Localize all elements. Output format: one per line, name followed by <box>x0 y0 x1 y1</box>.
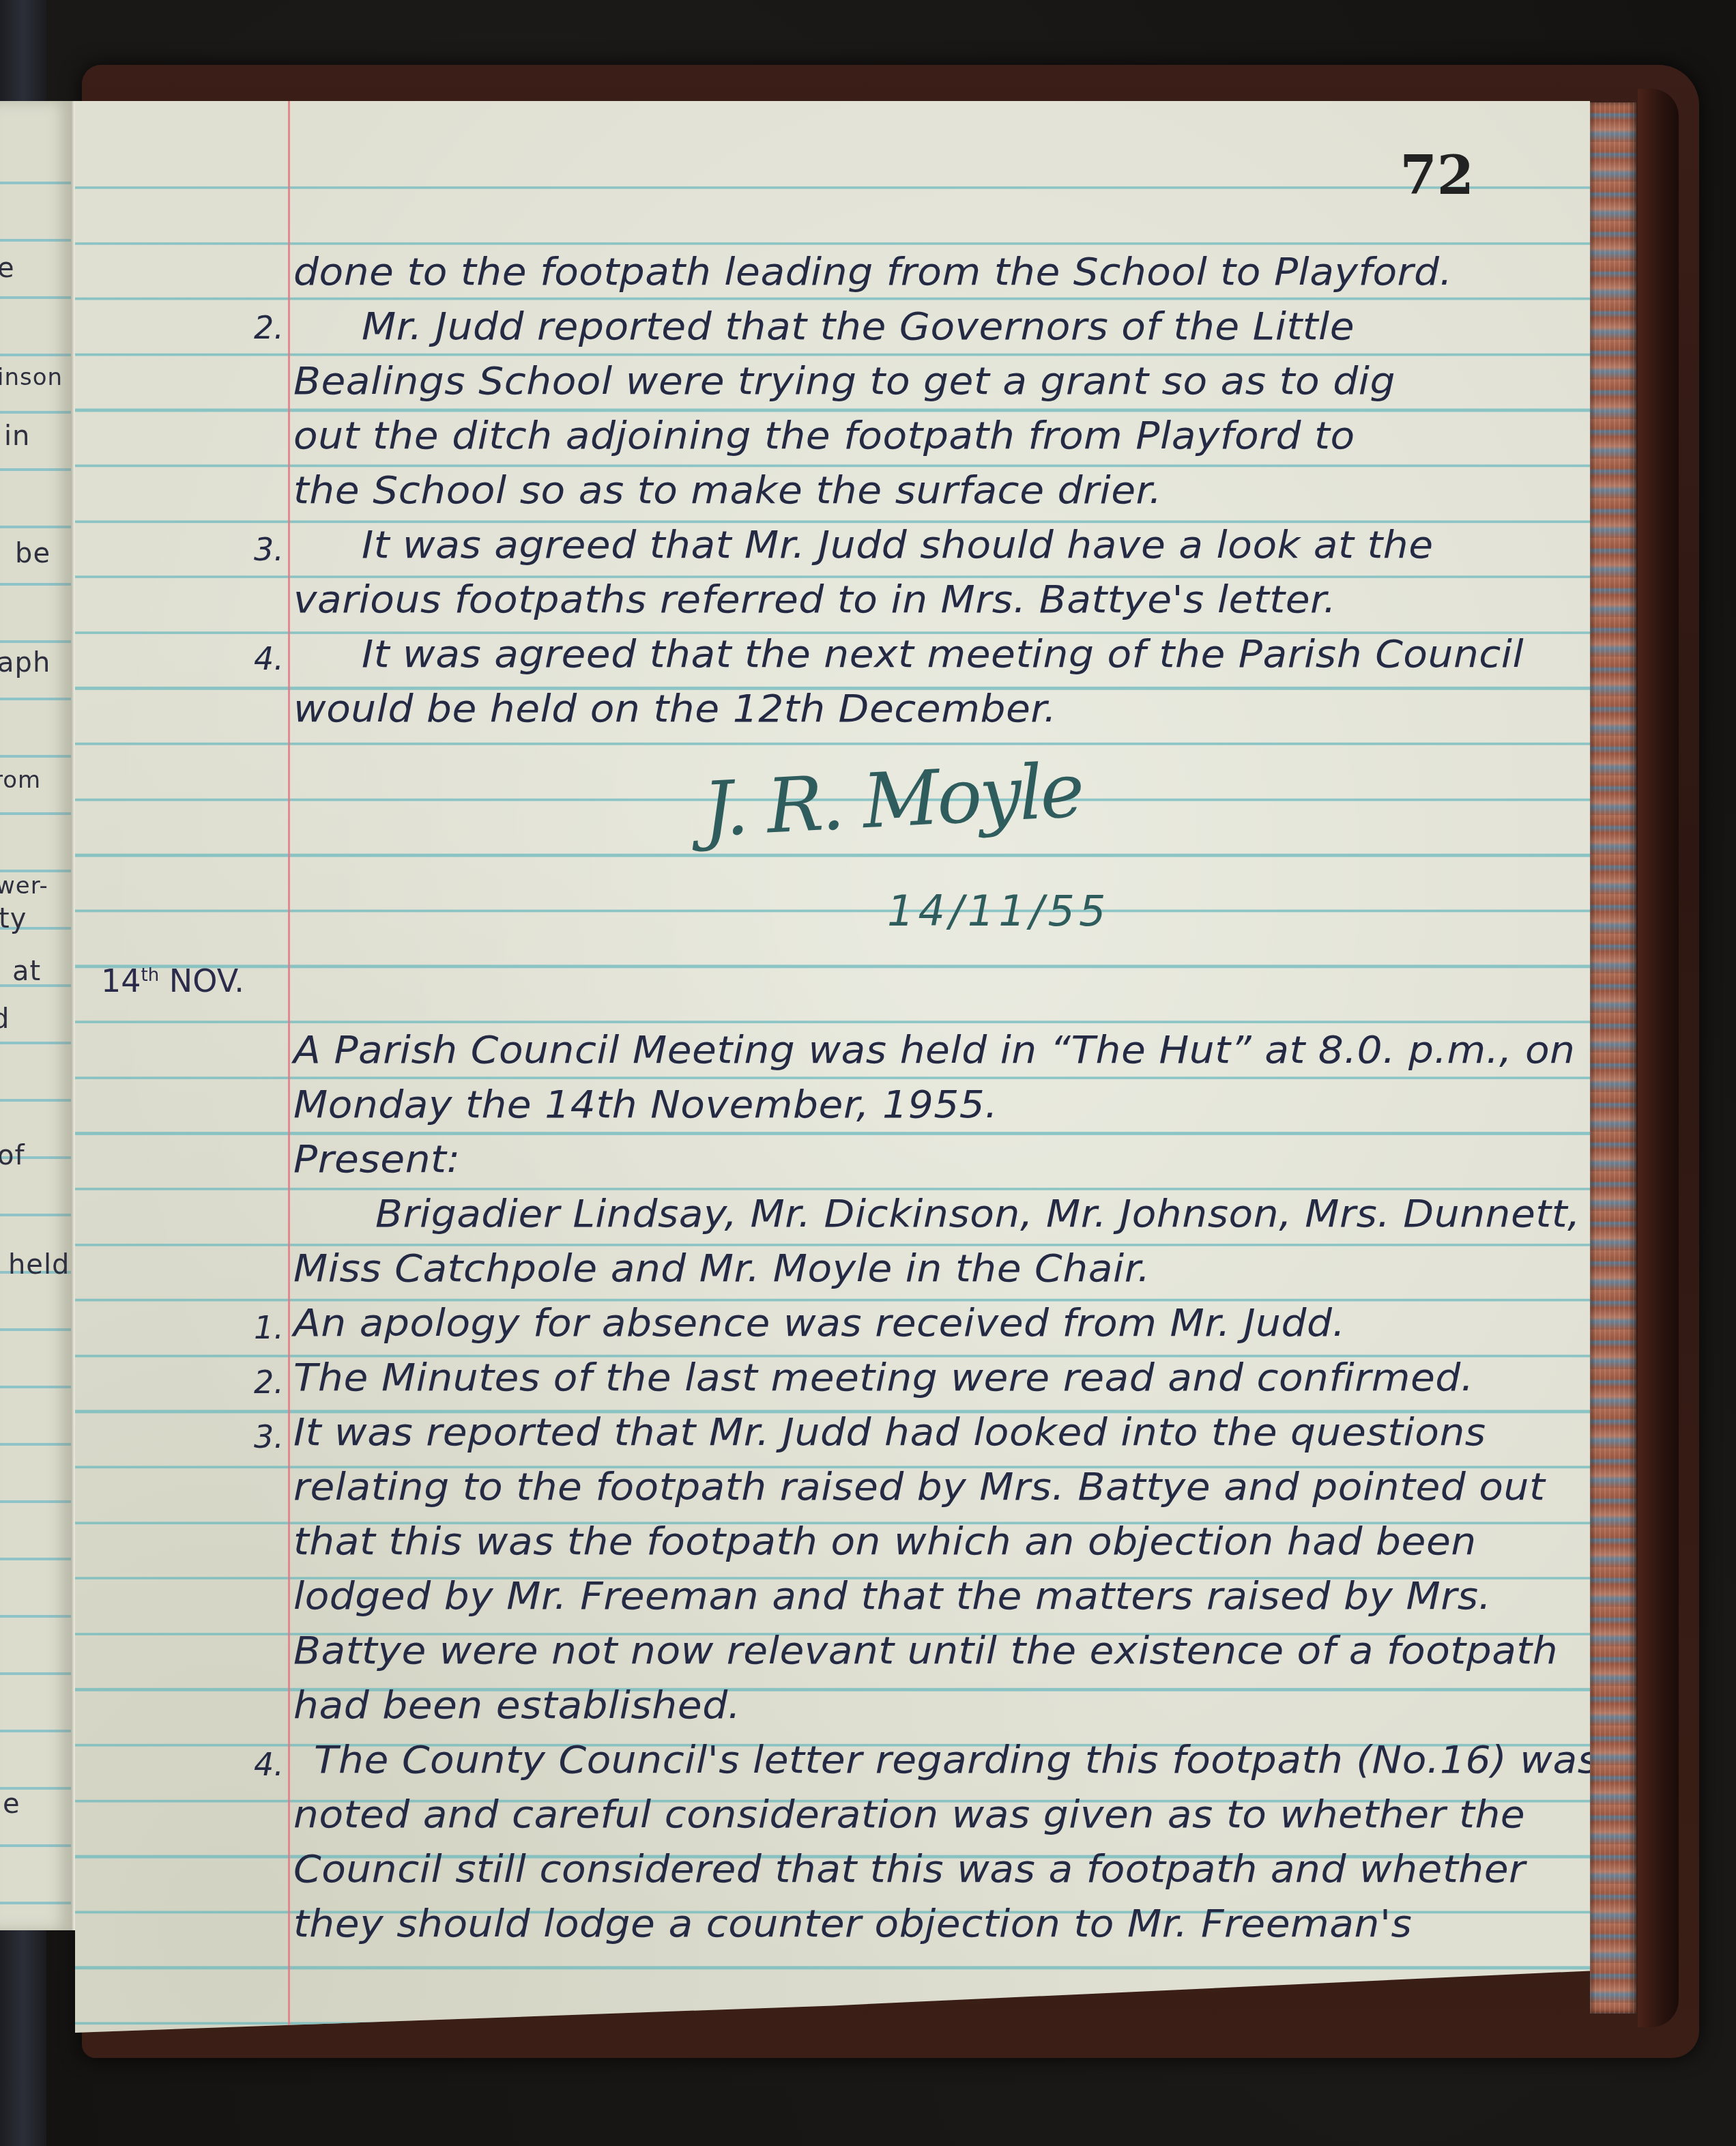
left-page: e inson in be aph rom wer- ty at d of he… <box>0 101 74 1930</box>
text-line: Mr. Judd reported that the Governors of … <box>362 304 1736 349</box>
text-line: they should lodge a counter objection to… <box>293 1902 1677 1946</box>
item-number: 1. <box>254 1309 284 1346</box>
left-page-fragment: be <box>15 538 50 569</box>
item-number: 2. <box>254 1364 284 1401</box>
left-page-fragment: inson <box>0 364 63 391</box>
text-line: It was reported that Mr. Judd had looked… <box>293 1410 1677 1455</box>
text-line: noted and careful consideration was give… <box>293 1792 1677 1837</box>
text-line: An apology for absence was received from… <box>293 1301 1677 1345</box>
left-page-fragment: le <box>0 1788 20 1820</box>
text-line: The County Council's letter regarding th… <box>314 1738 1698 1782</box>
left-page-fragment: e <box>0 253 15 284</box>
text-line: Monday the 14th November, 1955. <box>293 1083 1677 1127</box>
left-page-fragment: in <box>4 420 30 452</box>
text-line: Miss Catchpole and Mr. Moyle in the Chai… <box>293 1246 1677 1291</box>
signature-date: 14/11/55 <box>887 886 1110 936</box>
cover-edge <box>1638 89 1679 2027</box>
text-line: Battye were not now relevant until the e… <box>293 1629 1677 1673</box>
margin-date: 14th NOV. <box>101 962 244 999</box>
margin-line <box>288 101 290 2033</box>
left-page-fragment: at <box>12 956 41 987</box>
left-page-fragment: of <box>0 1140 25 1171</box>
margin-date-month: NOV. <box>169 962 244 999</box>
text-line: lodged by Mr. Freeman and that the matte… <box>293 1574 1677 1618</box>
page-edges <box>1590 102 1636 2014</box>
text-line: relating to the footpath raised by Mrs. … <box>293 1465 1677 1509</box>
left-page-fragment: ty <box>0 903 27 934</box>
text-line: Council still considered that this was a… <box>293 1847 1677 1891</box>
present-heading: Present: <box>293 1137 1677 1182</box>
item-number: 3. <box>254 531 284 568</box>
text-line: It was agreed that the next meeting of t… <box>362 632 1736 676</box>
text-line: It was agreed that Mr. Judd should have … <box>362 523 1736 567</box>
item-number: 2. <box>254 309 284 346</box>
minute-book-page: 72 done to the footpath leading from the… <box>75 101 1590 2033</box>
text-line: various footpaths referred to in Mrs. Ba… <box>293 577 1677 622</box>
text-line: Brigadier Lindsay, Mr. Dickinson, Mr. Jo… <box>375 1192 1736 1236</box>
text-line: out the ditch adjoining the footpath fro… <box>293 414 1677 458</box>
left-page-fragment: wer- <box>0 872 48 900</box>
text-line: would be held on the 12th December. <box>293 687 1677 731</box>
margin-date-suffix: th <box>141 965 160 986</box>
left-page-fragment: held <box>8 1249 70 1281</box>
item-number: 4. <box>254 1746 284 1783</box>
left-page-fragment: rom <box>0 767 41 794</box>
item-number: 4. <box>254 640 284 677</box>
left-page-fragment: d <box>0 1003 10 1035</box>
left-page-fragment: aph <box>0 647 50 678</box>
text-line: the School so as to make the surface dri… <box>293 468 1677 513</box>
margin-date-day: 14 <box>101 962 141 999</box>
text-line: that this was the footpath on which an o… <box>293 1519 1677 1564</box>
text-line: had been established. <box>293 1683 1677 1728</box>
text-line: done to the footpath leading from the Sc… <box>293 250 1677 294</box>
text-line: Bealings School were trying to get a gra… <box>293 359 1677 403</box>
text-line: A Parish Council Meeting was held in “Th… <box>293 1028 1677 1072</box>
page-number: 72 <box>1400 145 1474 207</box>
item-number: 3. <box>254 1418 284 1455</box>
text-line: The Minutes of the last meeting were rea… <box>293 1356 1677 1400</box>
